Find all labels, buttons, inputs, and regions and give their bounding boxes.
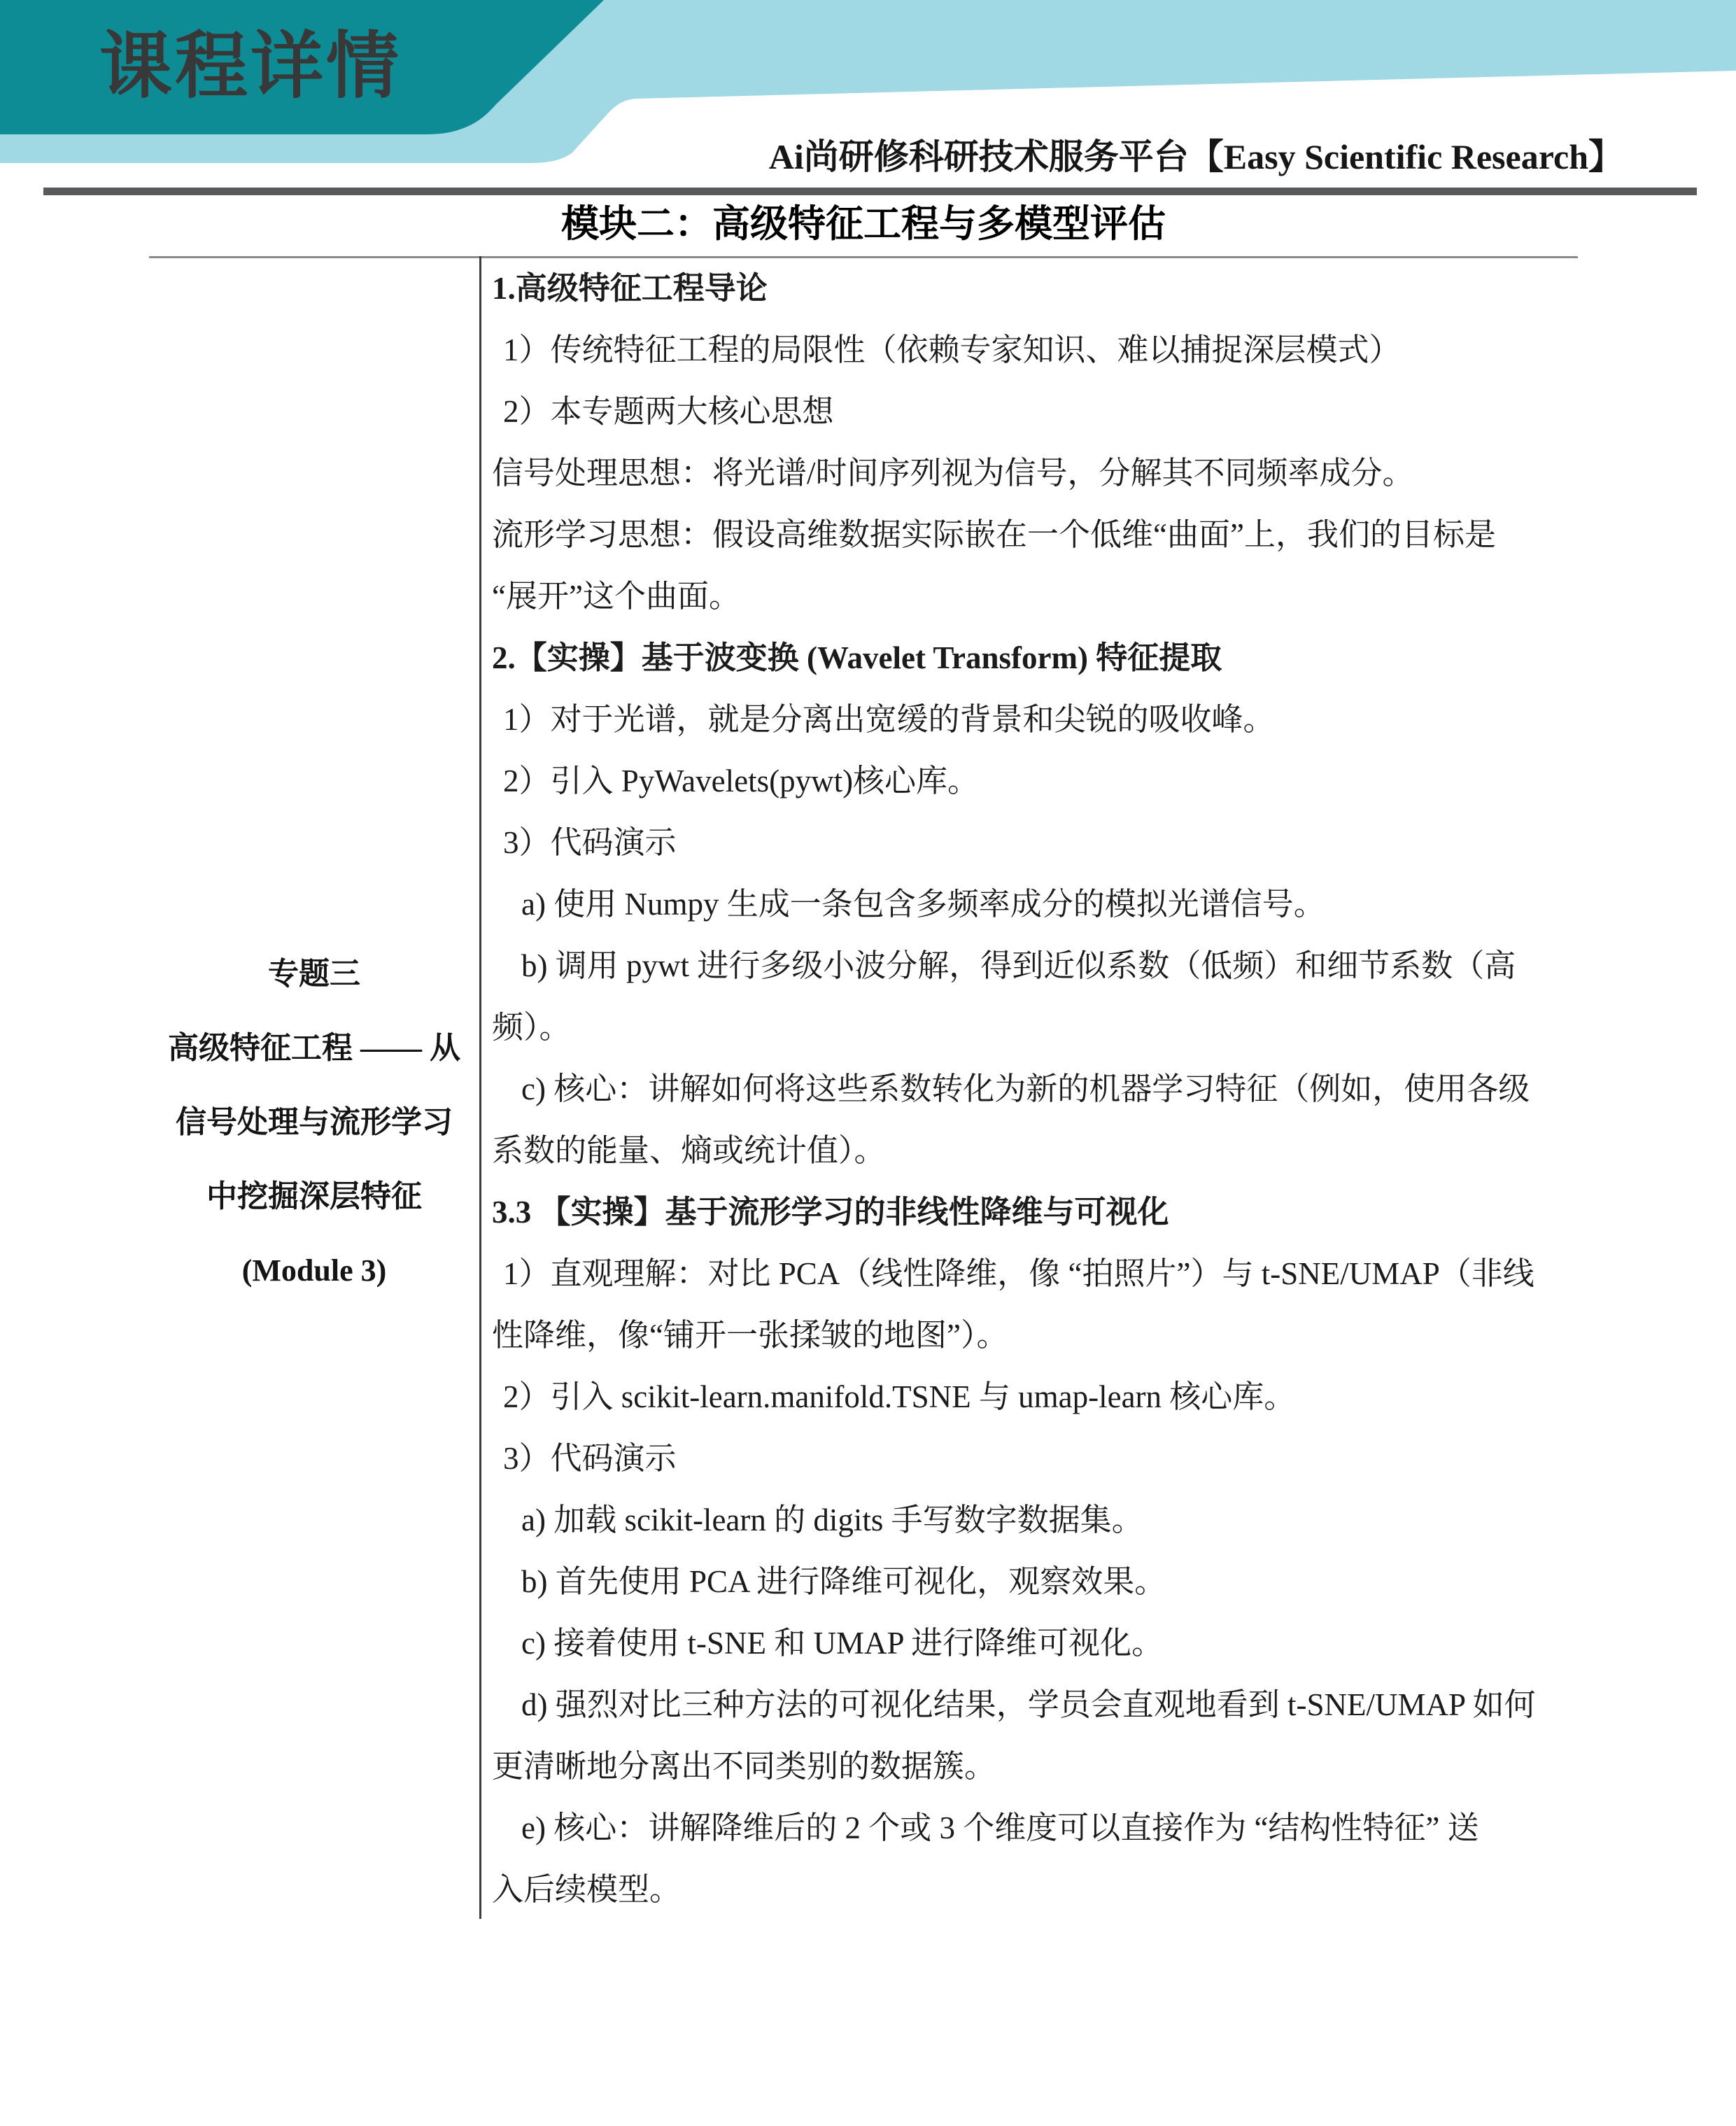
content-line: “展开”这个曲面。: [492, 565, 1583, 627]
page-title: 课程详情: [99, 21, 402, 112]
content-line: 流形学习思想：假设高维数据实际嵌在一个低维“曲面”上，我们的目标是: [492, 504, 1583, 565]
content-line: b) 调用 pywt 进行多级小波分解，得到近似系数（低频）和细节系数（高: [492, 935, 1583, 997]
content-line: 1）对于光谱，就是分离出宽缓的背景和尖锐的吸收峰。: [492, 689, 1583, 750]
content-line: a) 加载 scikit-learn 的 digits 手写数字数据集。: [492, 1489, 1583, 1551]
content-line: 系数的能量、熵或统计值）。: [492, 1120, 1583, 1181]
content-line: 1.高级特征工程导论: [492, 258, 1583, 319]
content-line: c) 核心：讲解如何将这些系数转化为新的机器学习特征（例如，使用各级: [492, 1058, 1583, 1120]
content-line: d) 强烈对比三种方法的可视化结果，学员会直观地看到 t-SNE/UMAP 如何: [492, 1674, 1583, 1736]
content-line: e) 核心：讲解降维后的 2 个或 3 个维度可以直接作为 “结构性特征” 送: [492, 1797, 1583, 1859]
content-line: 2）引入 scikit-learn.manifold.TSNE 与 umap-l…: [492, 1366, 1583, 1428]
content-line: 1）直观理解：对比 PCA（线性降维，像 “拍照片”）与 t-SNE/UMAP（…: [492, 1243, 1583, 1304]
content-line: 1）传统特征工程的局限性（依赖专家知识、难以捕捉深层模式）: [492, 319, 1583, 381]
content-line: 入后续模型。: [492, 1859, 1583, 1920]
table-column-divider: [479, 256, 481, 1919]
content-line: 3.3 【实操】基于流形学习的非线性降维与可视化: [492, 1181, 1583, 1243]
topic-line: 信号处理与流形学习: [149, 1085, 479, 1160]
content-line: 2）本专题两大核心思想: [492, 381, 1583, 442]
content-line: 频）。: [492, 997, 1583, 1058]
content-line: 2）引入 PyWavelets(pywt)核心库。: [492, 750, 1583, 812]
topic-line: (Module 3): [149, 1234, 479, 1308]
content-line: b) 首先使用 PCA 进行降维可视化，观察效果。: [492, 1551, 1583, 1612]
topic-line: 中挖掘深层特征: [149, 1160, 479, 1234]
topic-line: 高级特征工程 —— 从: [149, 1011, 479, 1085]
content-line: 信号处理思想：将光谱/时间序列视为信号，分解其不同频率成分。: [492, 442, 1583, 504]
content-line: a) 使用 Numpy 生成一条包含多频率成分的模拟光谱信号。: [492, 873, 1583, 935]
topic-cell: 专题三高级特征工程 —— 从信号处理与流形学习中挖掘深层特征(Module 3): [149, 937, 479, 1308]
content-line: 更清晰地分离出不同类别的数据簇。: [492, 1736, 1583, 1797]
content-line: 性降维，像“铺开一张揉皱的地图”）。: [492, 1304, 1583, 1366]
module-title: 模块二：高级特征工程与多模型评估: [149, 202, 1578, 246]
content-cell: 1.高级特征工程导论1）传统特征工程的局限性（依赖专家知识、难以捕捉深层模式）2…: [492, 258, 1583, 1920]
content-line: 2.【实操】基于波变换 (Wavelet Transform) 特征提取: [492, 627, 1583, 689]
topic-line: 专题三: [149, 937, 479, 1011]
platform-title: Ai尚研修科研技术服务平台【Easy Scientific Research】: [769, 137, 1623, 176]
content-line: c) 接着使用 t-SNE 和 UMAP 进行降维可视化。: [492, 1612, 1583, 1674]
content-line: 3）代码演示: [492, 812, 1583, 873]
header-divider: [43, 188, 1697, 195]
content-line: 3）代码演示: [492, 1428, 1583, 1489]
course-detail-page: 课程详情 Ai尚研修科研技术服务平台【Easy Scientific Resea…: [0, 0, 1736, 2126]
